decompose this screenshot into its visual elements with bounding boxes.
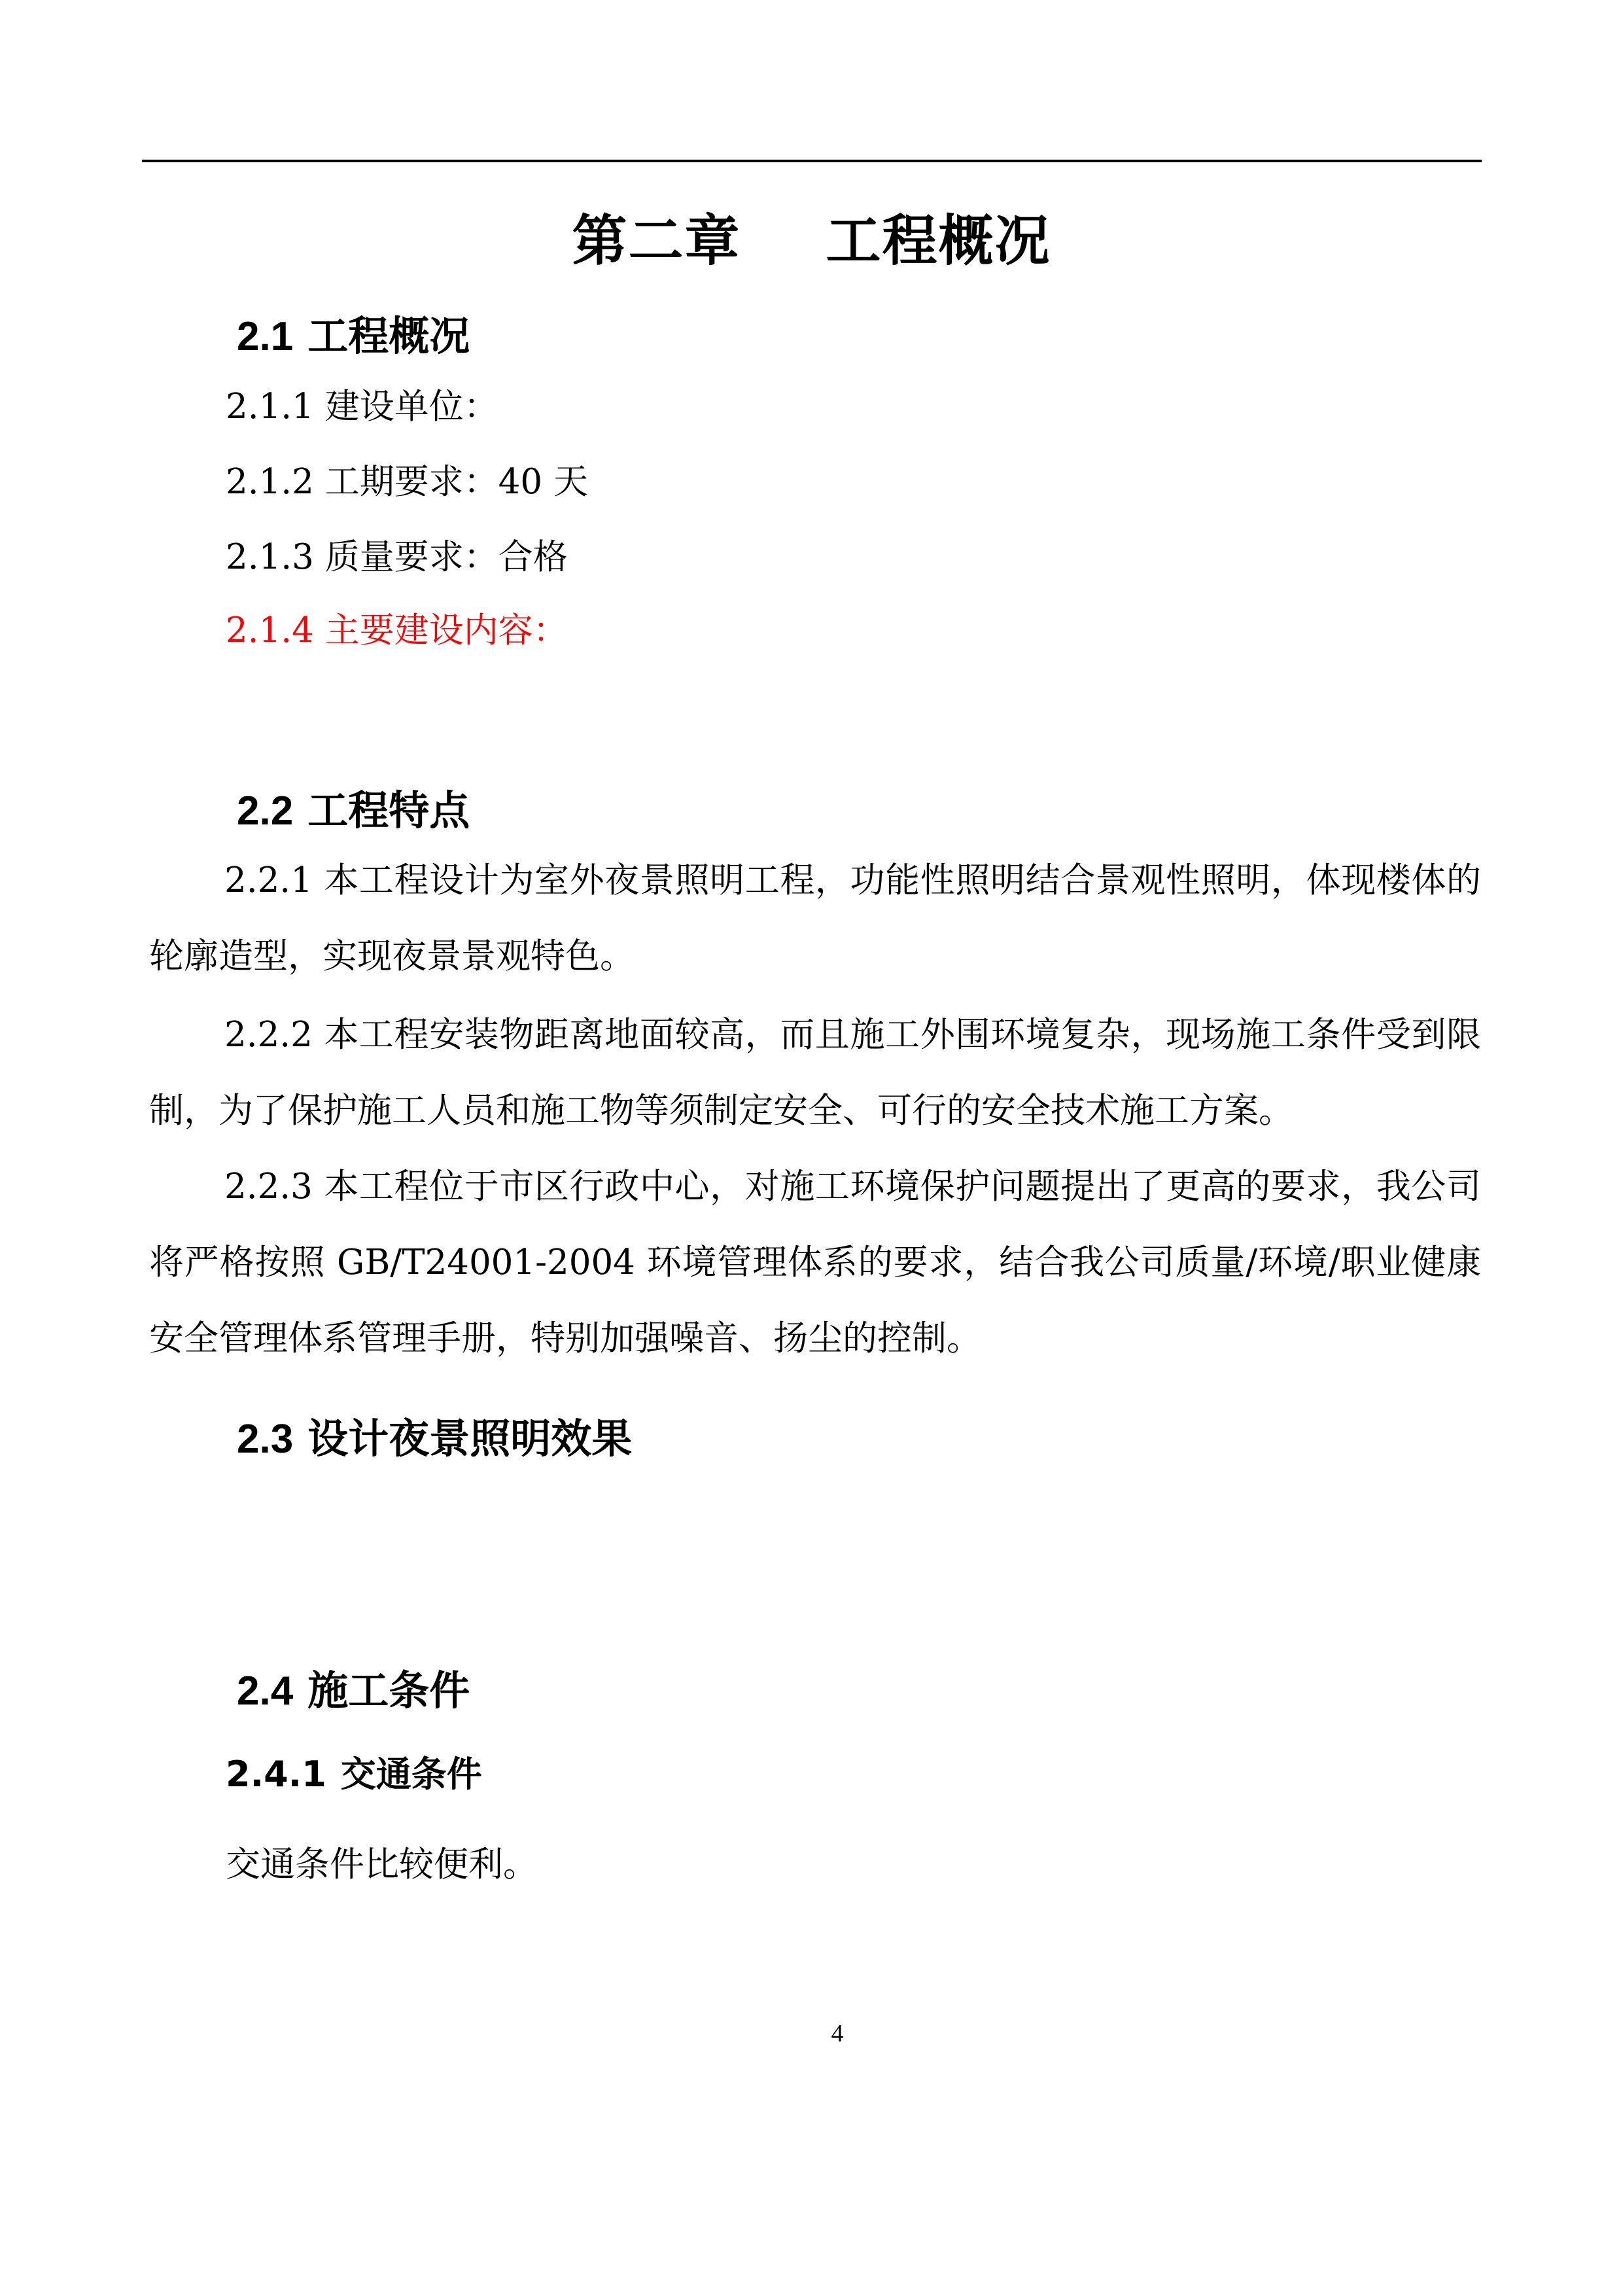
section-title: 施工条件 — [307, 1669, 470, 1714]
section-heading-2-4: 2.4施工条件 — [237, 1669, 470, 1714]
header-rule — [142, 160, 1482, 162]
item-2-1-4: 2.1.4 主要建设内容： — [226, 610, 568, 652]
paragraph-2-2-3: 2.2.3 本工程位于市区行政中心，对施工环境保护问题提出了更高的要求，我公司将… — [149, 1149, 1481, 1377]
item-2-1-1: 2.1.1 建设单位： — [226, 386, 498, 428]
paragraph-2-2-1: 2.2.1 本工程设计为室外夜景照明工程，功能性照明结合景观性照明，体现楼体的轮… — [149, 843, 1481, 995]
section-heading-2-2: 2.2工程特点 — [237, 788, 470, 834]
page-number: 4 — [805, 2021, 870, 2047]
chapter-name: 工程概况 — [826, 209, 1051, 273]
paragraph-2-2-2: 2.2.2 本工程安装物距离地面较高，而且施工外围环境复杂，现场施工条件受到限制… — [149, 997, 1481, 1149]
section-number: 2.2 — [237, 788, 293, 834]
section-title: 工程特点 — [307, 788, 470, 834]
section-number: 2.1 — [237, 314, 293, 359]
chapter-number: 第二章 — [572, 209, 741, 273]
chapter-title: 第二章工程概况 — [0, 208, 1623, 274]
section-title: 工程概况 — [307, 314, 470, 359]
subsection-number: 2.4.1 — [226, 1754, 326, 1795]
section-number: 2.3 — [237, 1417, 293, 1462]
subsection-title: 交通条件 — [341, 1754, 482, 1795]
item-2-1-3: 2.1.3 质量要求：合格 — [226, 537, 568, 578]
section-number: 2.4 — [237, 1669, 293, 1714]
section-heading-2-3: 2.3设计夜景照明效果 — [237, 1417, 632, 1462]
subsection-heading-2-4-1: 2.4.1交通条件 — [226, 1754, 482, 1795]
subsection-body-2-4-1: 交通条件比较便利。 — [226, 1844, 538, 1886]
section-title: 设计夜景照明效果 — [307, 1417, 632, 1462]
section-heading-2-1: 2.1工程概况 — [237, 314, 470, 360]
item-2-1-2: 2.1.2 工期要求：40 天 — [226, 461, 588, 503]
